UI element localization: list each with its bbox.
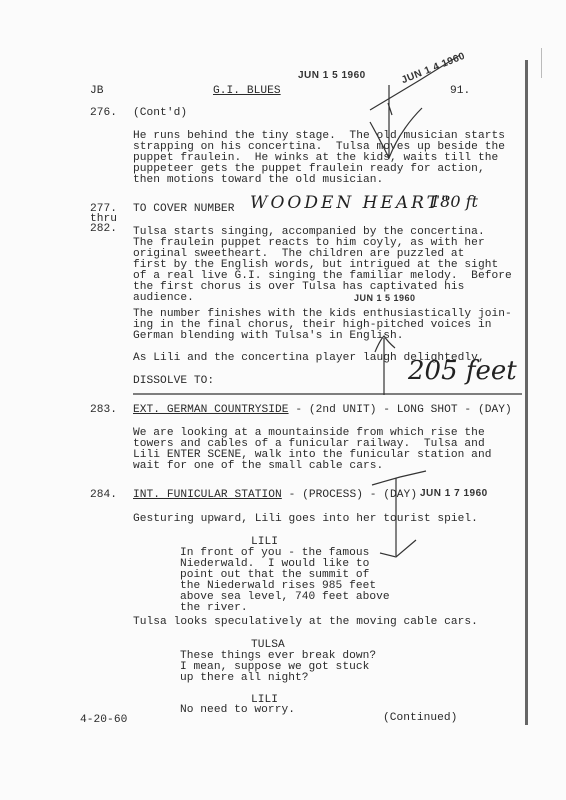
- script-page: JUN 1 5 1960 JUN 1 4 1960 JB G.I. BLUES …: [0, 0, 566, 800]
- pen-stroke-icon: [370, 55, 460, 110]
- pen-marks: [0, 0, 566, 800]
